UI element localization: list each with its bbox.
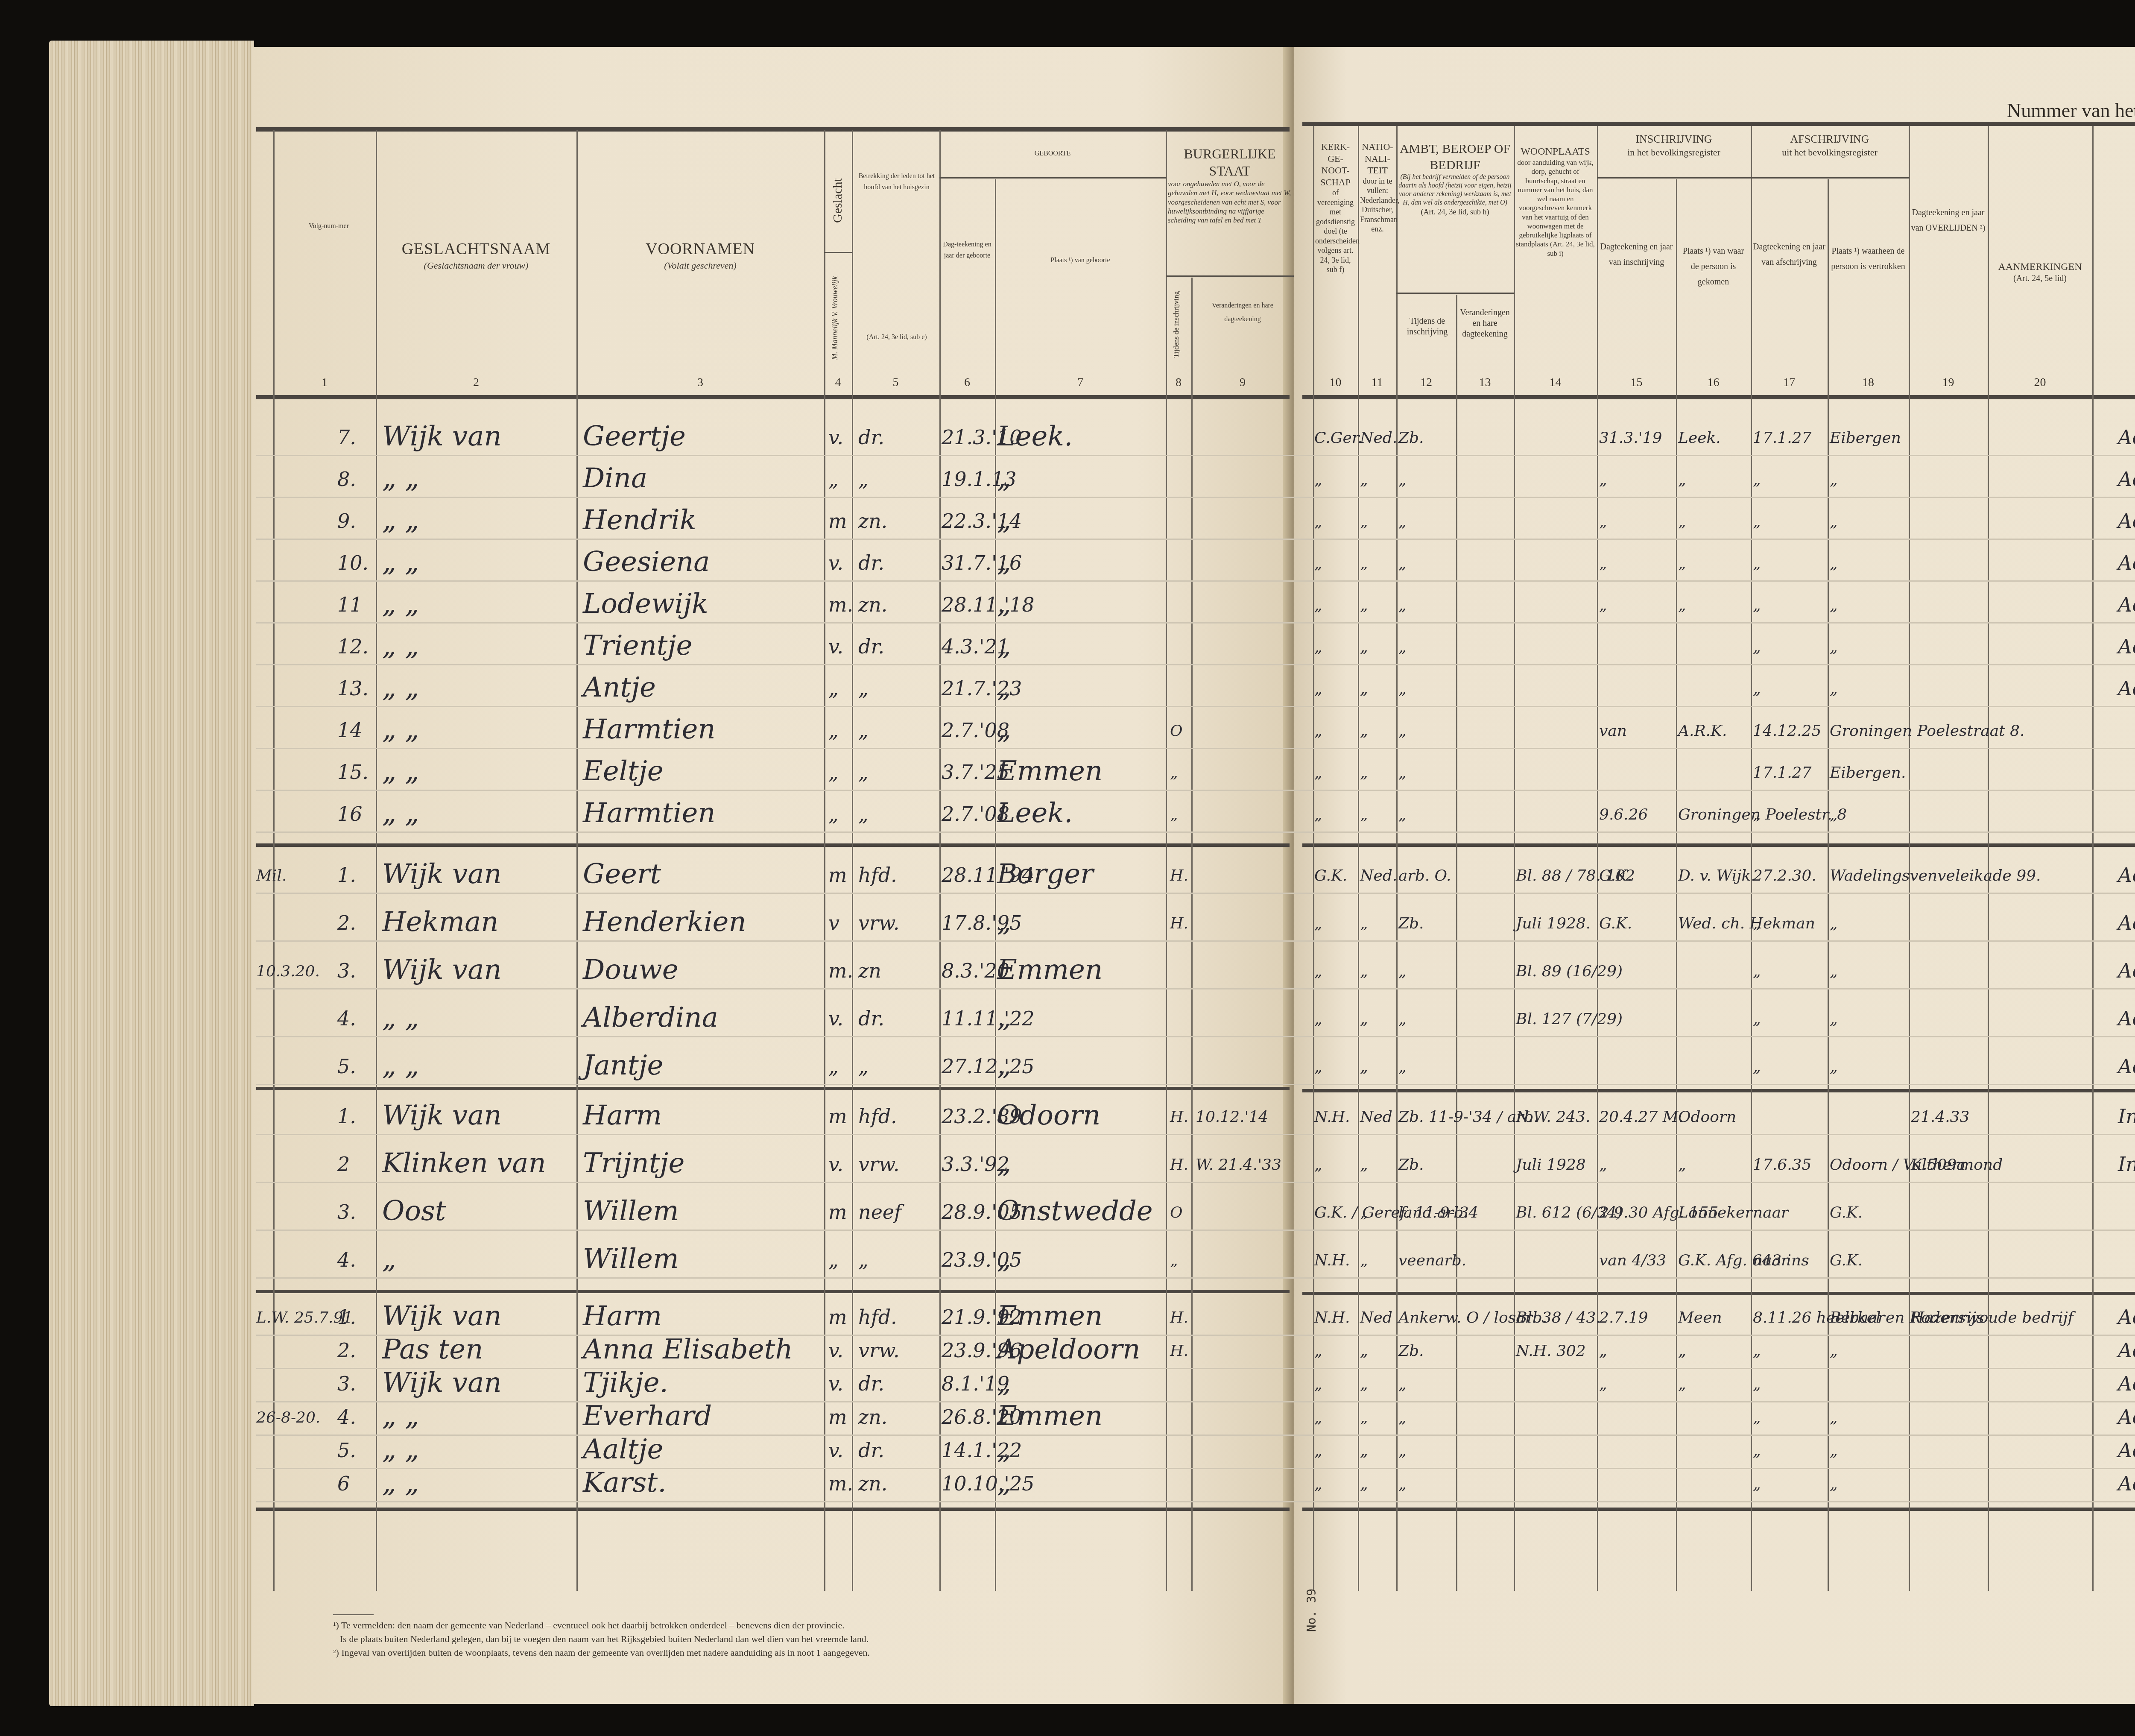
cell-bs: H. (1170, 1342, 1188, 1360)
col10-header: KERK-GE-NOOT-SCHAP of vereeniging met go… (1315, 141, 1356, 275)
cell-out-to: „ (1830, 1409, 1838, 1426)
cell-nr: 8. (337, 468, 356, 491)
cell-church: N.H. (1314, 1108, 1350, 1126)
cell-addr: Bl. 127 (7/29) (1516, 1010, 1623, 1028)
cell-addr: Juli 1928 (1516, 1156, 1586, 1174)
col10-title: KERK-GE-NOOT-SCHAP (1315, 141, 1356, 188)
colnum-18: 18 (1828, 376, 1909, 389)
cell-bs: H. (1170, 1108, 1188, 1126)
col3-header: VOORNAMEN (Volait geschreven) (581, 239, 820, 271)
column-line (852, 130, 853, 1591)
cell-first: Henderkien (583, 906, 746, 938)
cell-nr: 4. (337, 1248, 356, 1271)
cell-note: Acc. (2118, 1306, 2135, 1329)
ruled-line (256, 622, 2135, 624)
cell-church: „ (1314, 1058, 1322, 1076)
cell-surname: „ „ (382, 1434, 419, 1465)
column-line (939, 130, 941, 1591)
ruled-line (256, 580, 2135, 582)
cell-rel: neef (858, 1200, 901, 1224)
cell-bs: H. (1170, 915, 1188, 932)
cell-job: „ (1398, 1376, 1407, 1393)
cell-first: Eeltje (583, 755, 664, 787)
col19-title: Dagteekening en jaar van OVERLIJDEN ²) (1911, 205, 1986, 236)
cell-in-from: „ (1678, 513, 1686, 530)
cell-nat: „ (1360, 1409, 1368, 1426)
cell-in-from: „ (1678, 1156, 1686, 1174)
col11-header: NATIO-NALI-TEIT door in te vullen: Neder… (1360, 141, 1395, 234)
cell-sex: m (828, 864, 847, 887)
cell-in-from: „ (1678, 555, 1686, 572)
cell-place: „ (997, 1243, 1011, 1275)
cell-job: „ (1398, 513, 1407, 530)
cell-nat: „ (1360, 1442, 1368, 1460)
cell-out-to: „ (1830, 471, 1838, 489)
cell-place: „ (997, 1367, 1011, 1399)
cell-sex: „ (828, 719, 839, 742)
cell-nr: 1. (337, 1105, 356, 1128)
footnote-rule (333, 1614, 374, 1615)
cell-out-date: naar (1753, 1204, 1788, 1221)
col14-header: WOONPLAATS door aanduiding van wijk, dor… (1516, 145, 1595, 258)
ruled-line (256, 1401, 2135, 1402)
cell-nat: „ (1360, 1010, 1368, 1028)
column-line (1597, 126, 1598, 1591)
afschrijving-title: AFSCHRIJVING (1753, 132, 1907, 146)
footnote-1a: ¹) Te vermelden: den naam der gemeente v… (333, 1619, 1038, 1632)
cell-out-date: „ (1753, 1376, 1761, 1393)
cell-in-date: „ (1599, 597, 1607, 614)
cell-bs: „ (1170, 1252, 1178, 1269)
colnum-2: 2 (376, 376, 576, 389)
table-bottom-rule (256, 1508, 1290, 1511)
cell-note: Acc. (2118, 1405, 2135, 1429)
cell-place: „ (997, 1467, 1011, 1499)
cell-nr: 13. (337, 677, 369, 700)
ruled-line (256, 1230, 2135, 1231)
cell-addr: Bl. 89 (16/29) (1516, 963, 1623, 980)
inschrijving-subrule (1597, 177, 1751, 179)
cell-in-date: 9.6.26 (1599, 806, 1648, 823)
cell-nr: 6 (337, 1472, 350, 1495)
cell-sex: „ (828, 1055, 839, 1078)
cell-surname: Wijk van (382, 954, 502, 986)
cell-place: „ (997, 1050, 1011, 1081)
cell-nat: Ned. (1360, 429, 1397, 447)
colnum-12: 12 (1396, 376, 1456, 389)
cell-in-date: „ (1599, 1376, 1607, 1393)
cell-out-date: 17.6.35 (1753, 1156, 1811, 1174)
cell-first: Anna Elisabeth (583, 1334, 793, 1365)
col7-title: Plaats ¹) van geboorte (999, 256, 1161, 265)
cell-sex: m (828, 1405, 847, 1429)
cell-sex: v. (828, 1007, 843, 1030)
cell-rel: zn (858, 959, 881, 982)
col16-title: Plaats ¹) van waar de persoon is gekomen (1678, 243, 1749, 290)
cell-first: Dina (583, 463, 647, 494)
col11-title: NATIO-NALI-TEIT (1360, 141, 1395, 176)
cell-first: Geesiena (583, 546, 710, 578)
cell-out-date: „ (1753, 806, 1761, 823)
cell-out-to: „ (1830, 1342, 1838, 1360)
afschrijving-sub: uit het bevolkingsregister (1753, 146, 1907, 158)
cell-in-from: Odoorn (1678, 1108, 1736, 1126)
cell-first: Geert (583, 858, 661, 890)
column-line (576, 130, 578, 1591)
cell-surname: Wijk van (382, 1367, 502, 1399)
cell-sex: m (828, 1200, 847, 1224)
cell-in-from: „ (1678, 1376, 1686, 1393)
ruled-line (256, 1335, 2135, 1336)
col4-note: M. Mannelijk V. Vrouwelijk (831, 265, 839, 372)
cell-nat: „ (1360, 1058, 1368, 1076)
ambt-title: AMBT, BEROEP OF BEDRIJF (1398, 141, 1512, 173)
ruled-line (256, 748, 2135, 749)
cell-out-date: 14.12.25 (1753, 722, 1821, 740)
cell-out-date: „ (1753, 1058, 1761, 1076)
cell-born: 28.11.'18 (942, 593, 1035, 616)
column-line (1191, 278, 1193, 1591)
cell-nr: 2 (337, 1153, 350, 1176)
cell-born: 27.12.'25 (942, 1055, 1035, 1078)
cell-place: „ (997, 672, 1011, 703)
burgerlijke-title: BURGERLIJKE STAAT (1168, 145, 1292, 179)
household-divider (1302, 1292, 2135, 1295)
cell-place: „ (997, 504, 1011, 536)
inschrijving-group: INSCHRIJVING in het bevolkingsregister (1599, 132, 1749, 158)
cell-bs: O (1170, 722, 1183, 740)
cell-rel: dr. (858, 551, 884, 574)
cell-out-to: Wadelingsvenveleikade 99. (1830, 867, 2041, 884)
inschrijving-title: INSCHRIJVING (1599, 132, 1749, 146)
cell-nr: 1. (337, 864, 356, 887)
col20-header: AANMERKINGEN (Art. 24, 5e lid) (1990, 261, 2090, 284)
cell-in-date: G.K. (1599, 915, 1632, 932)
cell-job: arb. O. (1398, 867, 1451, 884)
cell-church: „ (1314, 1442, 1322, 1460)
cell-nr: 1. (337, 1306, 356, 1329)
cell-in-date: „ (1599, 471, 1607, 489)
cell-bs: H. (1170, 1309, 1188, 1326)
cell-surname: „ „ (382, 714, 419, 745)
cell-bs-change: 10.12.'14 (1196, 1108, 1268, 1126)
cell-job: „ (1398, 680, 1407, 698)
header-bottom-rule-right (1302, 395, 2135, 399)
col2-title: GESLACHTSNAAM (380, 239, 572, 260)
ruled-line (256, 1277, 2135, 1279)
cell-place: „ (997, 1002, 1011, 1033)
cell-first: Willem (583, 1243, 679, 1275)
cell-in-from: Groningen Poelestr. 8 (1678, 806, 1847, 823)
cell-job: „ (1398, 555, 1407, 572)
cell-nat: Ned (1360, 1108, 1392, 1126)
cell-job: „ (1398, 963, 1407, 980)
cell-job: „ (1398, 1010, 1407, 1028)
col17-title: Dagteekening en jaar van afschrijving (1753, 239, 1825, 270)
cell-in-from: „ (1678, 1342, 1686, 1360)
cell-rel: zn. (858, 509, 887, 533)
cell-sex: m. (828, 1472, 853, 1495)
cell-church: „ (1314, 513, 1322, 530)
col20-title: AANMERKINGEN (1990, 261, 2090, 273)
cell-in-date: „ (1599, 1342, 1607, 1360)
cell-sex: „ (828, 802, 839, 826)
afschrijving-group: AFSCHRIJVING uit het bevolkingsregister (1753, 132, 1907, 158)
cell-rel: „ (858, 677, 869, 700)
footnote-2: ²) Ingeval van overlijden buiten de woon… (333, 1646, 1038, 1660)
cell-nat: „ (1360, 722, 1368, 740)
cell-place: „ (997, 1148, 1011, 1179)
col11-note: door in te vullen: Nederlander, Duitsche… (1360, 176, 1395, 234)
cell-church: „ (1314, 1010, 1322, 1028)
cell-nat: „ (1360, 471, 1368, 489)
cell-out-date: „ (1753, 638, 1761, 656)
cell-margin: 10.3.20. (256, 963, 320, 980)
col9-title: Veranderingen en hare dagteekening (1196, 299, 1290, 326)
ruled-line (256, 539, 2135, 540)
cell-church: „ (1314, 471, 1322, 489)
colnum-17: 17 (1751, 376, 1828, 389)
cell-place: „ (997, 546, 1011, 578)
cell-church: „ (1314, 722, 1322, 740)
cell-sex: v (828, 911, 839, 934)
cell-margin: 26-8-20. (256, 1409, 320, 1426)
cell-addr: N.H. 302 (1516, 1342, 1586, 1360)
inschrijving-sub: in het bevolkingsregister (1599, 146, 1749, 158)
cell-church: „ (1314, 555, 1322, 572)
cell-first: Trientje (583, 630, 692, 662)
cell-rel: „ (858, 468, 869, 491)
footnotes: ¹) Te vermelden: den naam der gemeente v… (333, 1619, 1038, 1660)
cell-out-to: „ (1830, 555, 1838, 572)
cell-sex: m (828, 509, 847, 533)
cell-first: Tjikje. (583, 1367, 668, 1399)
cell-first: Everhard (583, 1400, 712, 1432)
cell-job: „ (1398, 764, 1407, 782)
cell-out-date: „ (1753, 1409, 1761, 1426)
cell-church: N.H. (1314, 1309, 1350, 1326)
cell-in-date: „ (1599, 513, 1607, 530)
cell-nat: Ned (1360, 1309, 1392, 1326)
cell-place: „ (997, 630, 1011, 662)
ruled-line (256, 831, 2135, 833)
cell-note: Acc. (2118, 1439, 2135, 1462)
cell-surname: Oost (382, 1195, 446, 1227)
household-divider (1302, 1089, 2135, 1092)
cell-note: Acc. (2118, 1372, 2135, 1395)
book-page-edges-left (49, 41, 254, 1706)
cell-first: Harm (583, 1100, 662, 1131)
cell-nat: „ (1360, 963, 1368, 980)
cell-nat: „ (1360, 1156, 1368, 1174)
cell-died: Hazerswoude bedrijf (1911, 1309, 2074, 1326)
cell-rel: zn. (858, 1405, 887, 1429)
col3-title: VOORNAMEN (581, 239, 820, 260)
column-line (1313, 126, 1314, 1591)
cell-first: Trijntje (583, 1148, 684, 1179)
cell-note: Acc. (2118, 1007, 2135, 1030)
cell-rel: dr. (858, 426, 884, 449)
cell-rel: hfd. (858, 1105, 897, 1128)
cell-nr: 11 (337, 593, 363, 616)
cell-first: Harm (583, 1300, 662, 1332)
cell-out-date: „ (1753, 963, 1761, 980)
cell-sex: „ (828, 677, 839, 700)
cell-nr: 7. (337, 426, 356, 449)
cell-church: G.K. (1314, 867, 1347, 884)
cell-out-date: „ (1753, 597, 1761, 614)
ruled-line (256, 940, 2135, 942)
cell-church: „ (1314, 1475, 1322, 1493)
cell-out-to: G.K. (1830, 1204, 1863, 1221)
cell-job: Zb. (1398, 1156, 1424, 1174)
cell-in-date: van 4/33 (1599, 1252, 1666, 1269)
cell-nr: 3. (337, 1200, 356, 1224)
cell-out-date: „ (1753, 915, 1761, 932)
cell-rel: dr. (858, 1372, 884, 1395)
ruled-line (256, 1036, 2135, 1037)
cell-first: Jantje (583, 1050, 663, 1081)
col5-title: Betrekking der leden tot het hoofd van h… (856, 171, 937, 193)
cell-nr: 2. (337, 1339, 356, 1362)
cell-sex: v. (828, 551, 843, 574)
cell-out-date: naar (1753, 1252, 1788, 1269)
col4-title: Geslacht (831, 158, 845, 243)
col20-note: (Art. 24, 5e lid) (1990, 273, 2090, 284)
cell-sex: m (828, 1306, 847, 1329)
cell-note: Acc. (2118, 593, 2135, 616)
cell-job: veenarb. (1398, 1252, 1466, 1269)
column-line (376, 130, 377, 1591)
cell-place: „ (997, 906, 1011, 938)
cell-surname: Wijk van (382, 1100, 502, 1131)
cell-bs-change: W. 21.4.'33 (1196, 1156, 1281, 1174)
cell-church: „ (1314, 963, 1322, 980)
colnum-16: 16 (1676, 376, 1751, 389)
cell-place: Odoorn (997, 1100, 1100, 1131)
household-divider (256, 1087, 1290, 1090)
cell-job: „ (1398, 1442, 1407, 1460)
cell-first: Hendrik (583, 504, 696, 536)
cell-place: Borger (997, 858, 1094, 890)
col2-header: GESLACHTSNAAM (Geslachtsnaam der vrouw) (380, 239, 572, 271)
cell-surname: „ „ (382, 1467, 419, 1499)
column-line (1514, 126, 1515, 1591)
cell-rel: zn. (858, 593, 887, 616)
cell-note: Acc. (2118, 864, 2135, 887)
cell-surname: „ „ (382, 1400, 419, 1432)
header-top-rule (256, 127, 1290, 132)
cell-church: „ (1314, 1342, 1322, 1360)
cell-job: „ (1398, 638, 1407, 656)
cell-rel: dr. (858, 1007, 884, 1030)
ruled-line (256, 1468, 2135, 1469)
colnum-15: 15 (1597, 376, 1676, 389)
ruled-line (256, 455, 2135, 456)
cell-out-to: G.K. (1830, 1252, 1863, 1269)
cell-nat: „ (1360, 764, 1368, 782)
cell-nr: 15. (337, 761, 369, 784)
burgerlijke-subrule (1166, 275, 1294, 277)
cell-bs: „ (1170, 806, 1178, 823)
cell-out-to: „ (1830, 1475, 1838, 1493)
cell-place: Emmen (997, 1400, 1103, 1432)
cell-in-date: 31.3.'19 (1599, 429, 1662, 447)
cell-rel: „ (858, 1248, 869, 1271)
cell-church: „ (1314, 1409, 1322, 1426)
household-divider (1302, 843, 2135, 847)
cell-surname: „ „ (382, 1050, 419, 1081)
cell-job: Zb. (1398, 1342, 1424, 1360)
cell-church: „ (1314, 1376, 1322, 1393)
cell-church: „ (1314, 680, 1322, 698)
cell-out-date: „ (1753, 555, 1761, 572)
cell-nat: „ (1360, 806, 1368, 823)
geslacht-subrule (824, 252, 852, 253)
col8-title: Tijdens de inschrijving (1172, 286, 1181, 363)
cell-sex: „ (828, 468, 839, 491)
cell-sex: v. (828, 1153, 843, 1176)
cell-in-date: 20.4.27 M. (1599, 1108, 1683, 1126)
cell-nat: „ (1360, 1204, 1368, 1221)
cell-surname: „ „ (382, 755, 419, 787)
cell-note: Acc. (2118, 1339, 2135, 1362)
cell-place: Apeldoorn (997, 1334, 1140, 1365)
cell-out-to: „ (1830, 963, 1838, 980)
col15-title: Dagteekening en jaar van inschrijving (1599, 239, 1674, 270)
colnum-10: 10 (1313, 376, 1358, 389)
cell-first: Lodewijk (583, 588, 708, 620)
ambt-subrule (1396, 293, 1514, 294)
cell-out-to: „ (1830, 1058, 1838, 1076)
form-number: No. 39 (1304, 1589, 1319, 1632)
cell-place: Leek. (997, 797, 1073, 829)
cell-out-date: „ (1753, 1475, 1761, 1493)
cell-job: „ (1398, 1058, 1407, 1076)
cell-surname: „ „ (382, 672, 419, 703)
cell-place: „ (997, 463, 1011, 494)
col14-title: WOONPLAATS (1516, 145, 1595, 158)
household-divider (256, 1290, 1290, 1293)
cell-addr: Juli 1928. (1516, 915, 1591, 932)
cell-nr: 14 (337, 719, 363, 742)
cell-sex: v. (828, 635, 843, 658)
cell-place: Emmen (997, 1300, 1103, 1332)
cell-nr: 5. (337, 1439, 356, 1462)
cell-surname: „ „ (382, 546, 419, 578)
cell-in-from: Leek. (1678, 429, 1721, 447)
cell-nat: „ (1360, 680, 1368, 698)
cell-note: Ins. Acc. (2118, 1153, 2135, 1176)
colnum-20: 20 (1988, 376, 2092, 389)
cell-bs: O (1170, 1204, 1183, 1221)
cell-place: „ (997, 1434, 1011, 1465)
cell-job: Zb. (1398, 429, 1424, 447)
colnum-7: 7 (995, 376, 1166, 389)
cell-place: „ (997, 588, 1011, 620)
cell-note: Acc. (2118, 509, 2135, 533)
col5-note: (Art. 24, 3e lid, sub e) (856, 333, 937, 342)
cell-church: „ (1314, 764, 1322, 782)
cell-addr: Bl. 38 / 43. (1516, 1309, 1601, 1326)
cell-rel: hfd. (858, 1306, 897, 1329)
cell-out-to: „ (1830, 1442, 1838, 1460)
cell-out-to: „ (1830, 1010, 1838, 1028)
cell-note: Acc. (2118, 911, 2135, 934)
cell-out-to: Eibergen (1830, 429, 1901, 447)
cell-place: „ (997, 714, 1011, 745)
colnum-1: 1 (273, 376, 376, 389)
